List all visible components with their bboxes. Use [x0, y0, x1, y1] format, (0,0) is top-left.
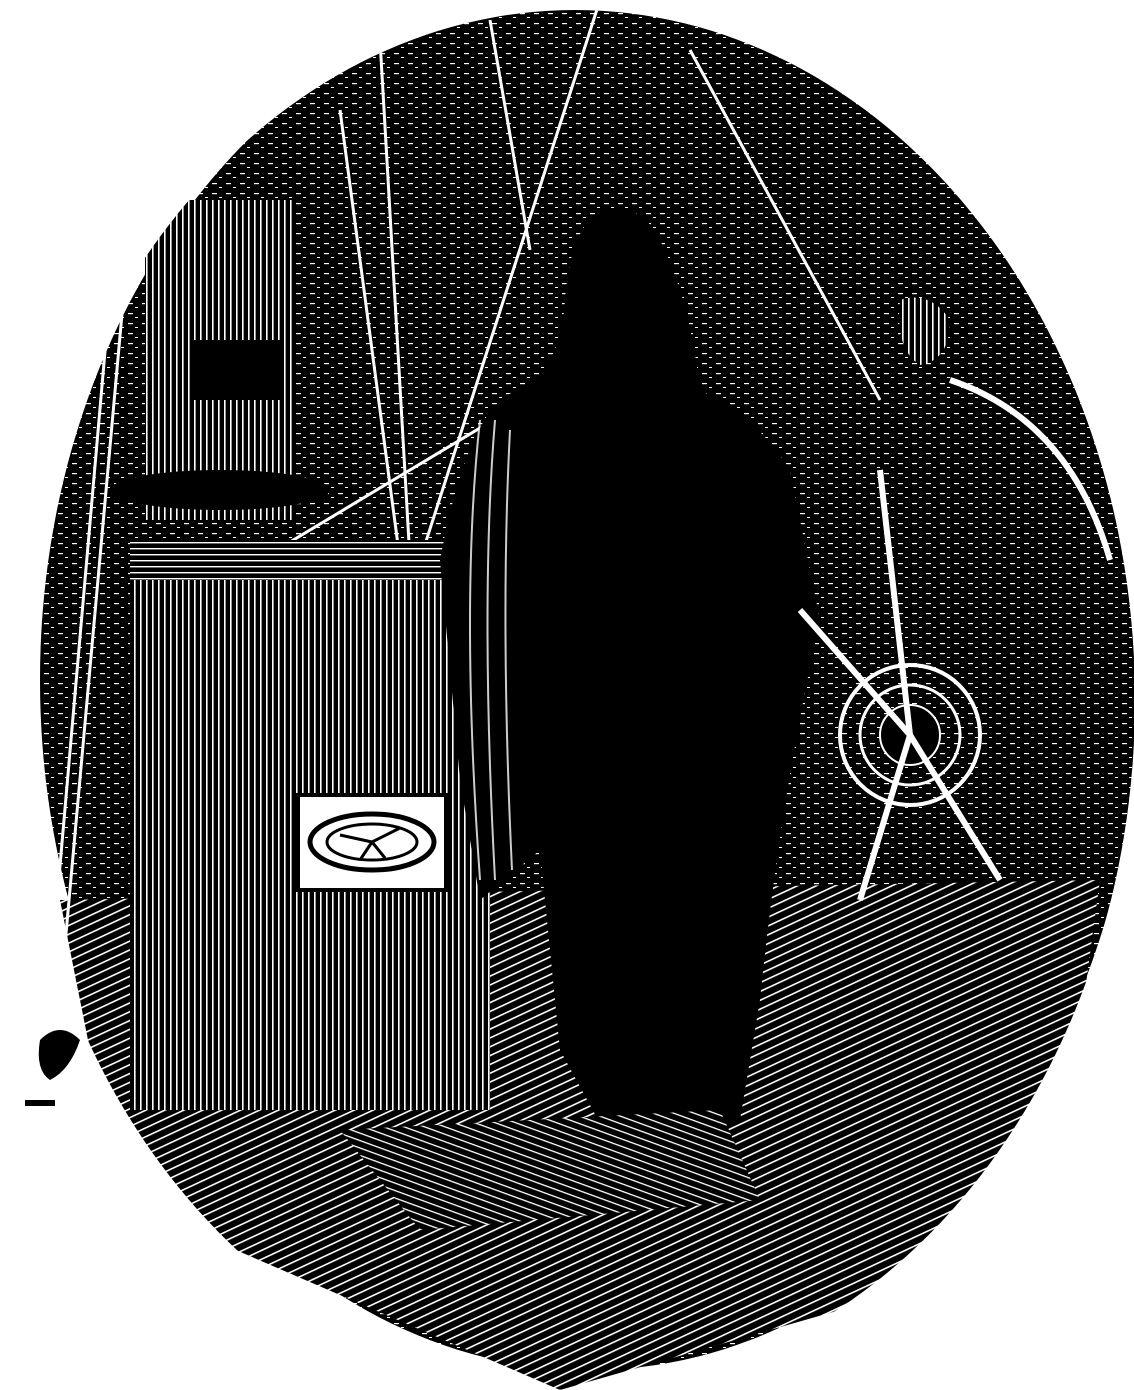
- compass-window: [298, 795, 446, 890]
- ornament-left: [25, 1030, 80, 1106]
- engraving-illustration: [0, 0, 1134, 1390]
